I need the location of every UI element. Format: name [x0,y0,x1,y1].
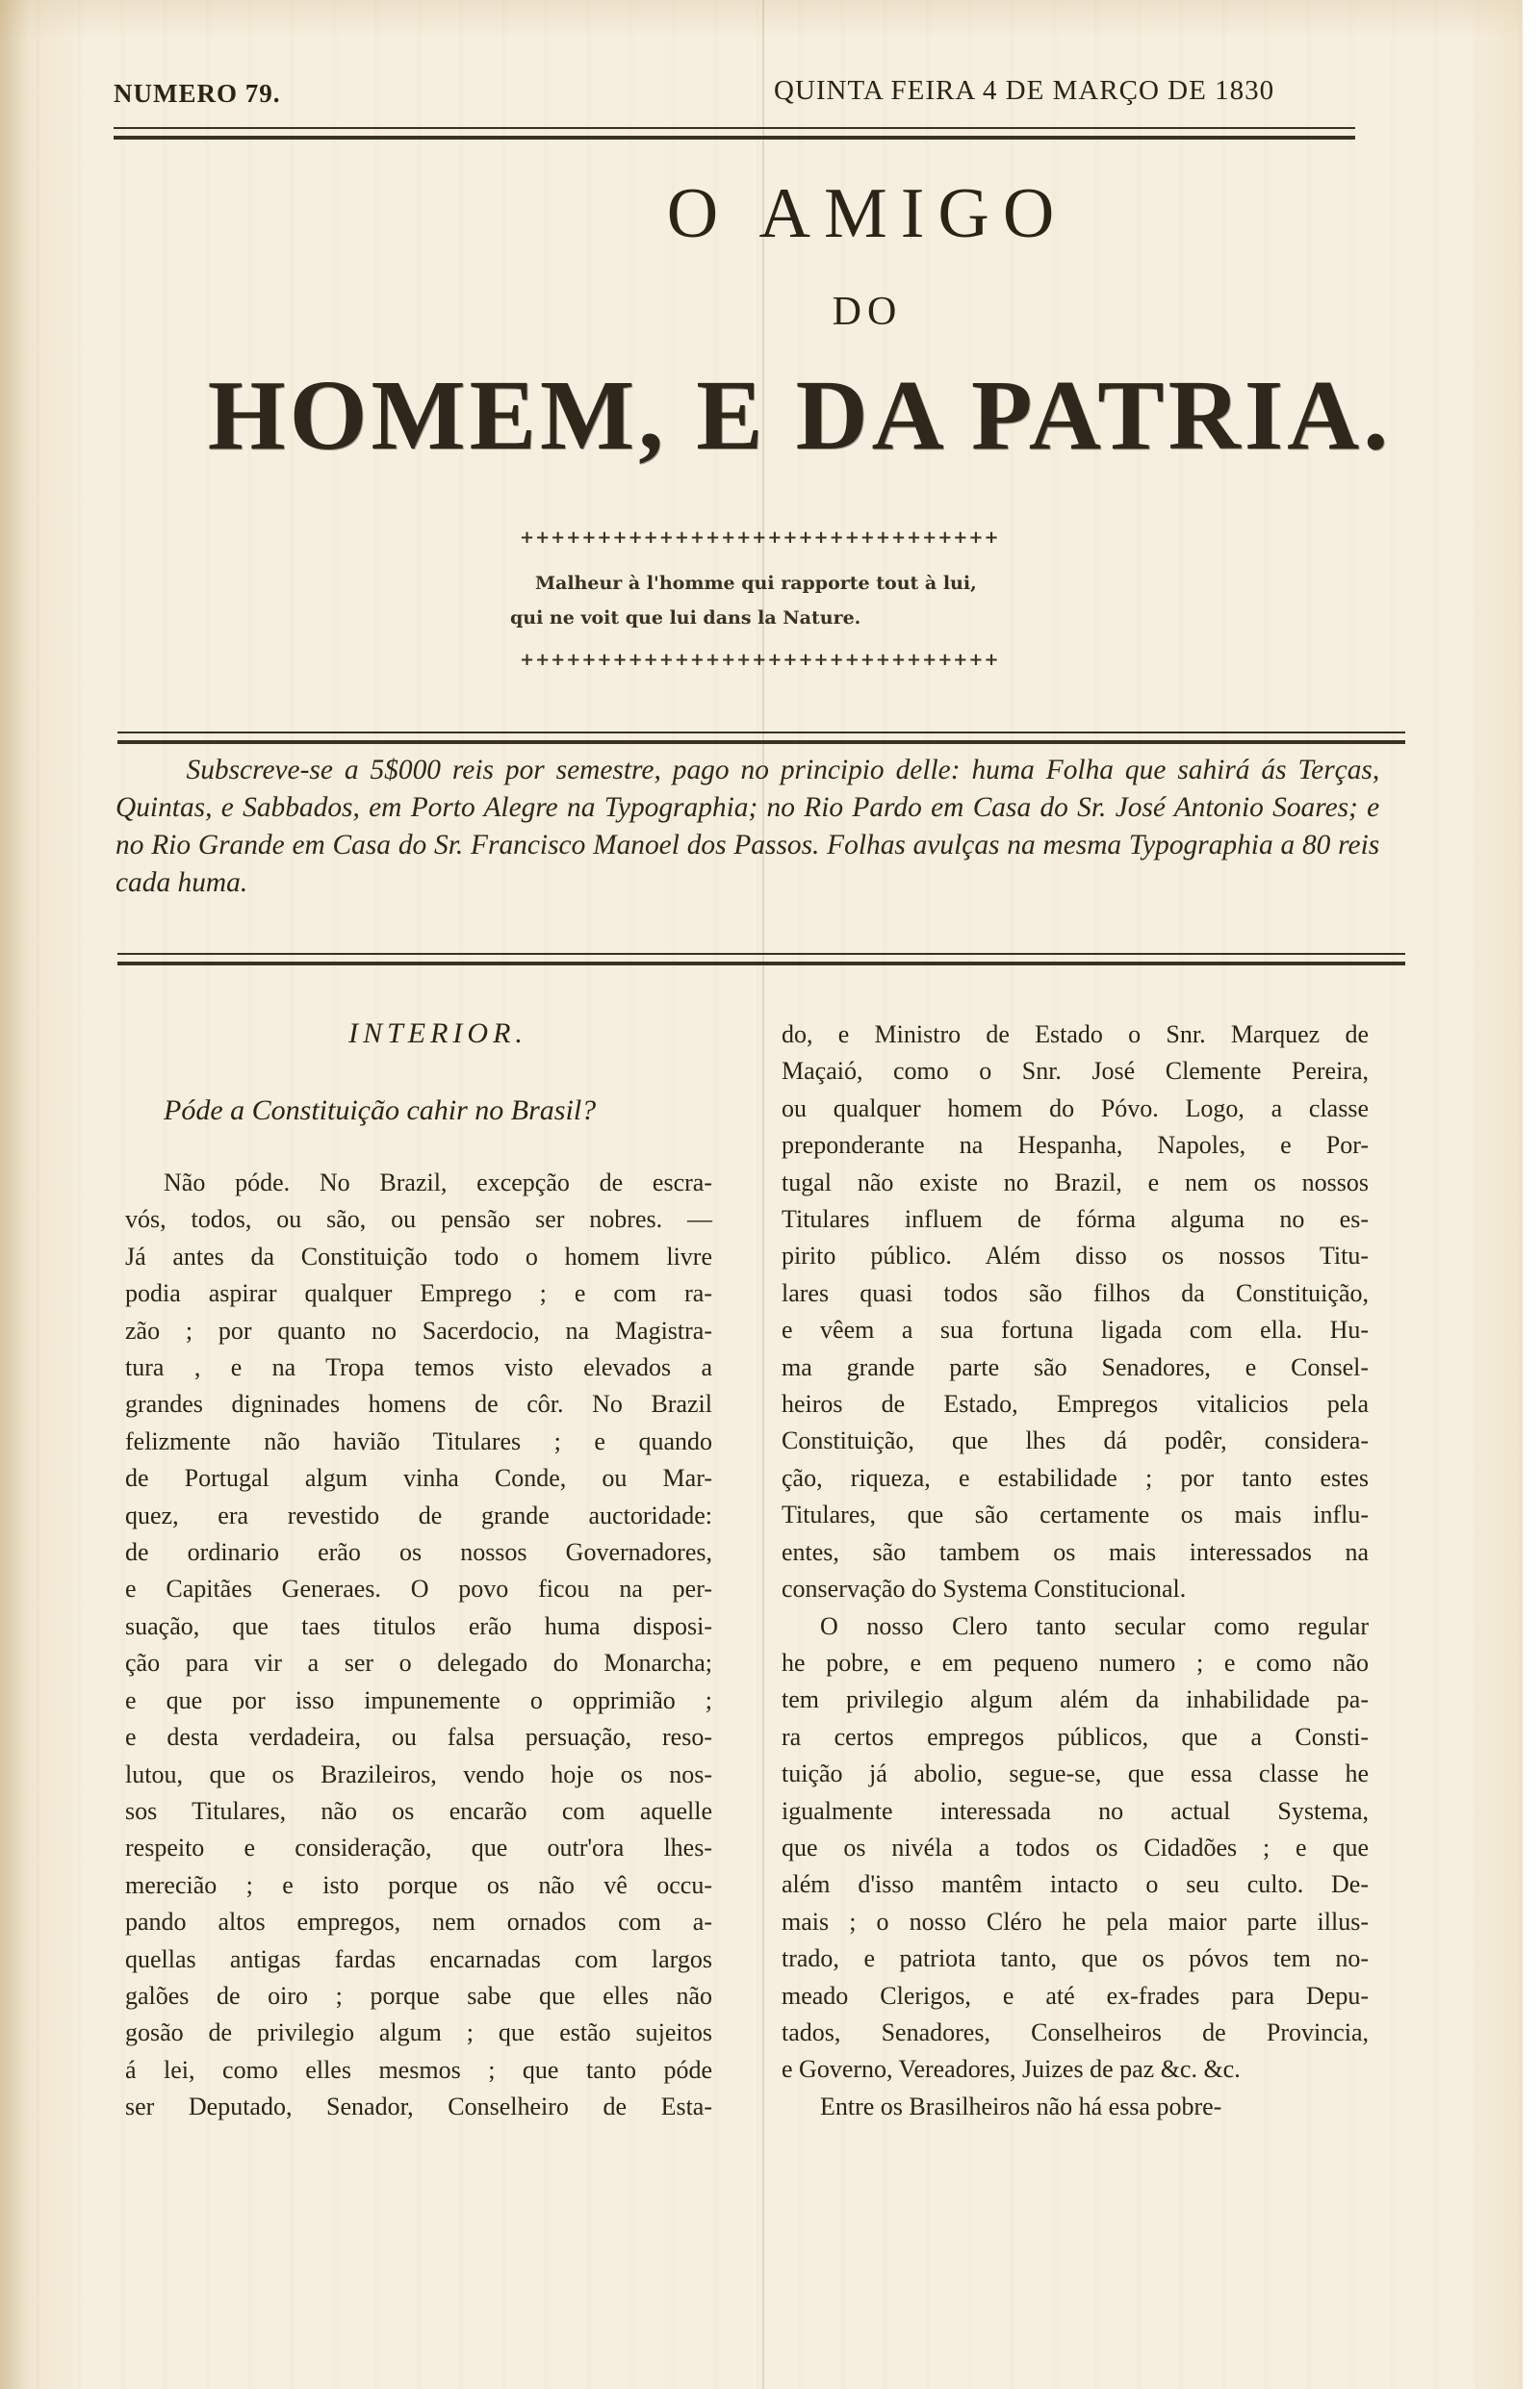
text-line: galões de oiro ; porque sabe que elles n… [125,1978,712,2015]
text-line: tados, Senadores, Conselheiros de Provin… [782,2015,1369,2051]
text-line: Constituição, que lhes dá podêr, conside… [782,1423,1369,1459]
epigraph: Malheur à l'homme qui rapporte tout à lu… [510,566,1011,635]
text-line: ra certos empregos públicos, que a Const… [782,1719,1369,1756]
ornament-rule-bottom: +++++++++++++++++++++++++++++++++++++++ [520,650,1001,670]
subscription-text: Subscreve-se a 5$000 reis por semestre, … [115,751,1379,901]
text-line: respeito e consideração, que outr'ora lh… [125,1830,712,1866]
epigraph-line-2: qui ne voit que lui dans la Nature. [510,601,1011,635]
text-line: tugal não existe no Brazil, e nem os nos… [782,1165,1369,1201]
text-line: Titulares, que são certamente os mais in… [782,1497,1369,1533]
text-line: tem privilegio algum além da inhabilidad… [782,1682,1369,1718]
subscription-notice: Subscreve-se a 5$000 reis por semestre, … [115,751,1379,901]
text-line: e desta verdadeira, ou falsa persuação, … [125,1719,712,1756]
text-line: grandes digninades homens de côr. No Bra… [125,1386,712,1423]
text-line: suação, que taes titulos erão huma dispo… [125,1608,712,1645]
text-line: ção, riqueza, e estabilidade ; por tanto… [782,1460,1369,1497]
title-homem-patria: HOMEM, E DA PATRIA. [0,358,1540,473]
newspaper-page: NUMERO 79. QUINTA FEIRA 4 DE MARÇO DE 18… [0,0,1523,2389]
text-line: tura , e na Tropa temos visto elevados a [125,1349,712,1386]
text-line: ou qualquer homem do Póvo. Logo, a class… [782,1091,1369,1127]
text-line: Já antes da Constituição todo o homem li… [125,1239,712,1275]
masthead-top-line: NUMERO 79. QUINTA FEIRA 4 DE MARÇO DE 18… [114,67,1355,125]
article-title: Póde a Constituição cahir no Brasil? [125,1092,712,1130]
text-line: trado, e patriota tanto, que os póvos te… [782,1940,1369,1977]
text-line: ção para vir a ser o delegado do Monarch… [125,1645,712,1682]
text-line: e Governo, Vereadores, Juizes de paz &c.… [782,2051,1369,2088]
text-line: podia aspirar qualquer Emprego ; e com r… [125,1275,712,1312]
text-line: merecião ; e isto porque os não vê occu- [125,1867,712,1904]
text-line: pando altos empregos, nem ornados com a- [125,1904,712,1940]
text-line: quez, era revestido de grande auctoridad… [125,1498,712,1534]
text-line: igualmente interessada no actual Systema… [782,1793,1369,1830]
text-line: de Portugal algum vinha Conde, ou Mar- [125,1460,712,1497]
subscription-rule-bottom [117,953,1405,965]
text-line: quellas antigas fardas encarnadas com la… [125,1941,712,1978]
subscription-rule-top [117,732,1405,744]
text-line: tuição já abolio, segue-se, que essa cla… [782,1756,1369,1792]
text-line: além d'isso mantêm intacto o seu culto. … [782,1866,1369,1903]
text-line: de ordinario erão os nossos Governadores… [125,1534,712,1571]
text-line: entes, são tambem os mais interessados n… [782,1534,1369,1571]
text-line: O nosso Clero tanto secular como regular [782,1608,1369,1645]
text-line: ser Deputado, Senador, Conselheiro de Es… [125,2089,712,2125]
text-line: lutou, que os Brazileiros, vendo hoje os… [125,1757,712,1793]
issue-number: NUMERO 79. [114,79,281,109]
header-rule [114,127,1355,140]
text-line: e que por isso impunemente o opprimião ; [125,1683,712,1719]
text-line: Maçaió, como o Snr. José Clemente Pereir… [782,1053,1369,1090]
ornament-rule-top: +++++++++++++++++++++++++++++++++++++++ [520,527,1001,548]
text-line: do, e Ministro de Estado o Snr. Marquez … [782,1016,1369,1053]
title-do: DO [0,289,1540,335]
text-line: gosão de privilegio algum ; que estão su… [125,2015,712,2051]
right-column-text: do, e Ministro de Estado o Snr. Marquez … [782,1016,1369,2125]
issue-date: QUINTA FEIRA 4 DE MARÇO DE 1830 [774,75,1274,107]
text-line: heiros de Estado, Empregos vitalicios pe… [782,1386,1369,1423]
text-line: e vêem a sua fortuna ligada com ella. Hu… [782,1312,1369,1349]
text-line: sos Titulares, não os encarão com aquell… [125,1793,712,1830]
text-line: meado Clerigos, e até ex-frades para Dep… [782,1978,1369,2015]
text-line: mais ; o nosso Cléro he pela maior parte… [782,1904,1369,1940]
text-line: he pobre, e em pequeno numero ; e como n… [782,1645,1369,1682]
text-line: conservação do Systema Constitucional. [782,1571,1369,1607]
text-line: lares quasi todos são filhos da Constitu… [782,1275,1369,1312]
text-line: preponderante na Hespanha, Napoles, e Po… [782,1127,1369,1164]
text-line: Entre os Brasilheiros não há essa pobre- [782,2089,1369,2125]
section-title: INTERIOR. [125,1015,712,1053]
text-line: Não póde. No Brazil, excepção de escra- [125,1165,712,1201]
text-line: Titulares influem de fórma alguma no es- [782,1201,1369,1238]
text-line: á lei, como elles mesmos ; que tanto pód… [125,2052,712,2089]
epigraph-line-1: Malheur à l'homme qui rapporte tout à lu… [510,566,1011,601]
title-o-amigo: O AMIGO [0,173,1540,255]
text-line: zão ; por quanto no Sacerdocio, na Magis… [125,1313,712,1349]
left-column-text: Não póde. No Brazil, excepção de escra-v… [125,1165,712,2126]
text-line: ma grande parte são Senadores, e Consel- [782,1349,1369,1386]
text-line: e Capitães Generaes. O povo ficou na per… [125,1571,712,1607]
text-line: pirito público. Além disso os nossos Tit… [782,1238,1369,1274]
text-line: felizmente não havião Titulares ; e quan… [125,1424,712,1460]
text-line: que os nivéla a todos os Cidadões ; e qu… [782,1830,1369,1866]
article-column-right: do, e Ministro de Estado o Snr. Marquez … [782,1009,1369,2125]
text-line: vós, todos, ou são, ou pensão ser nobres… [125,1201,712,1238]
article-column-left: INTERIOR. Póde a Constituição cahir no B… [125,1009,712,2126]
